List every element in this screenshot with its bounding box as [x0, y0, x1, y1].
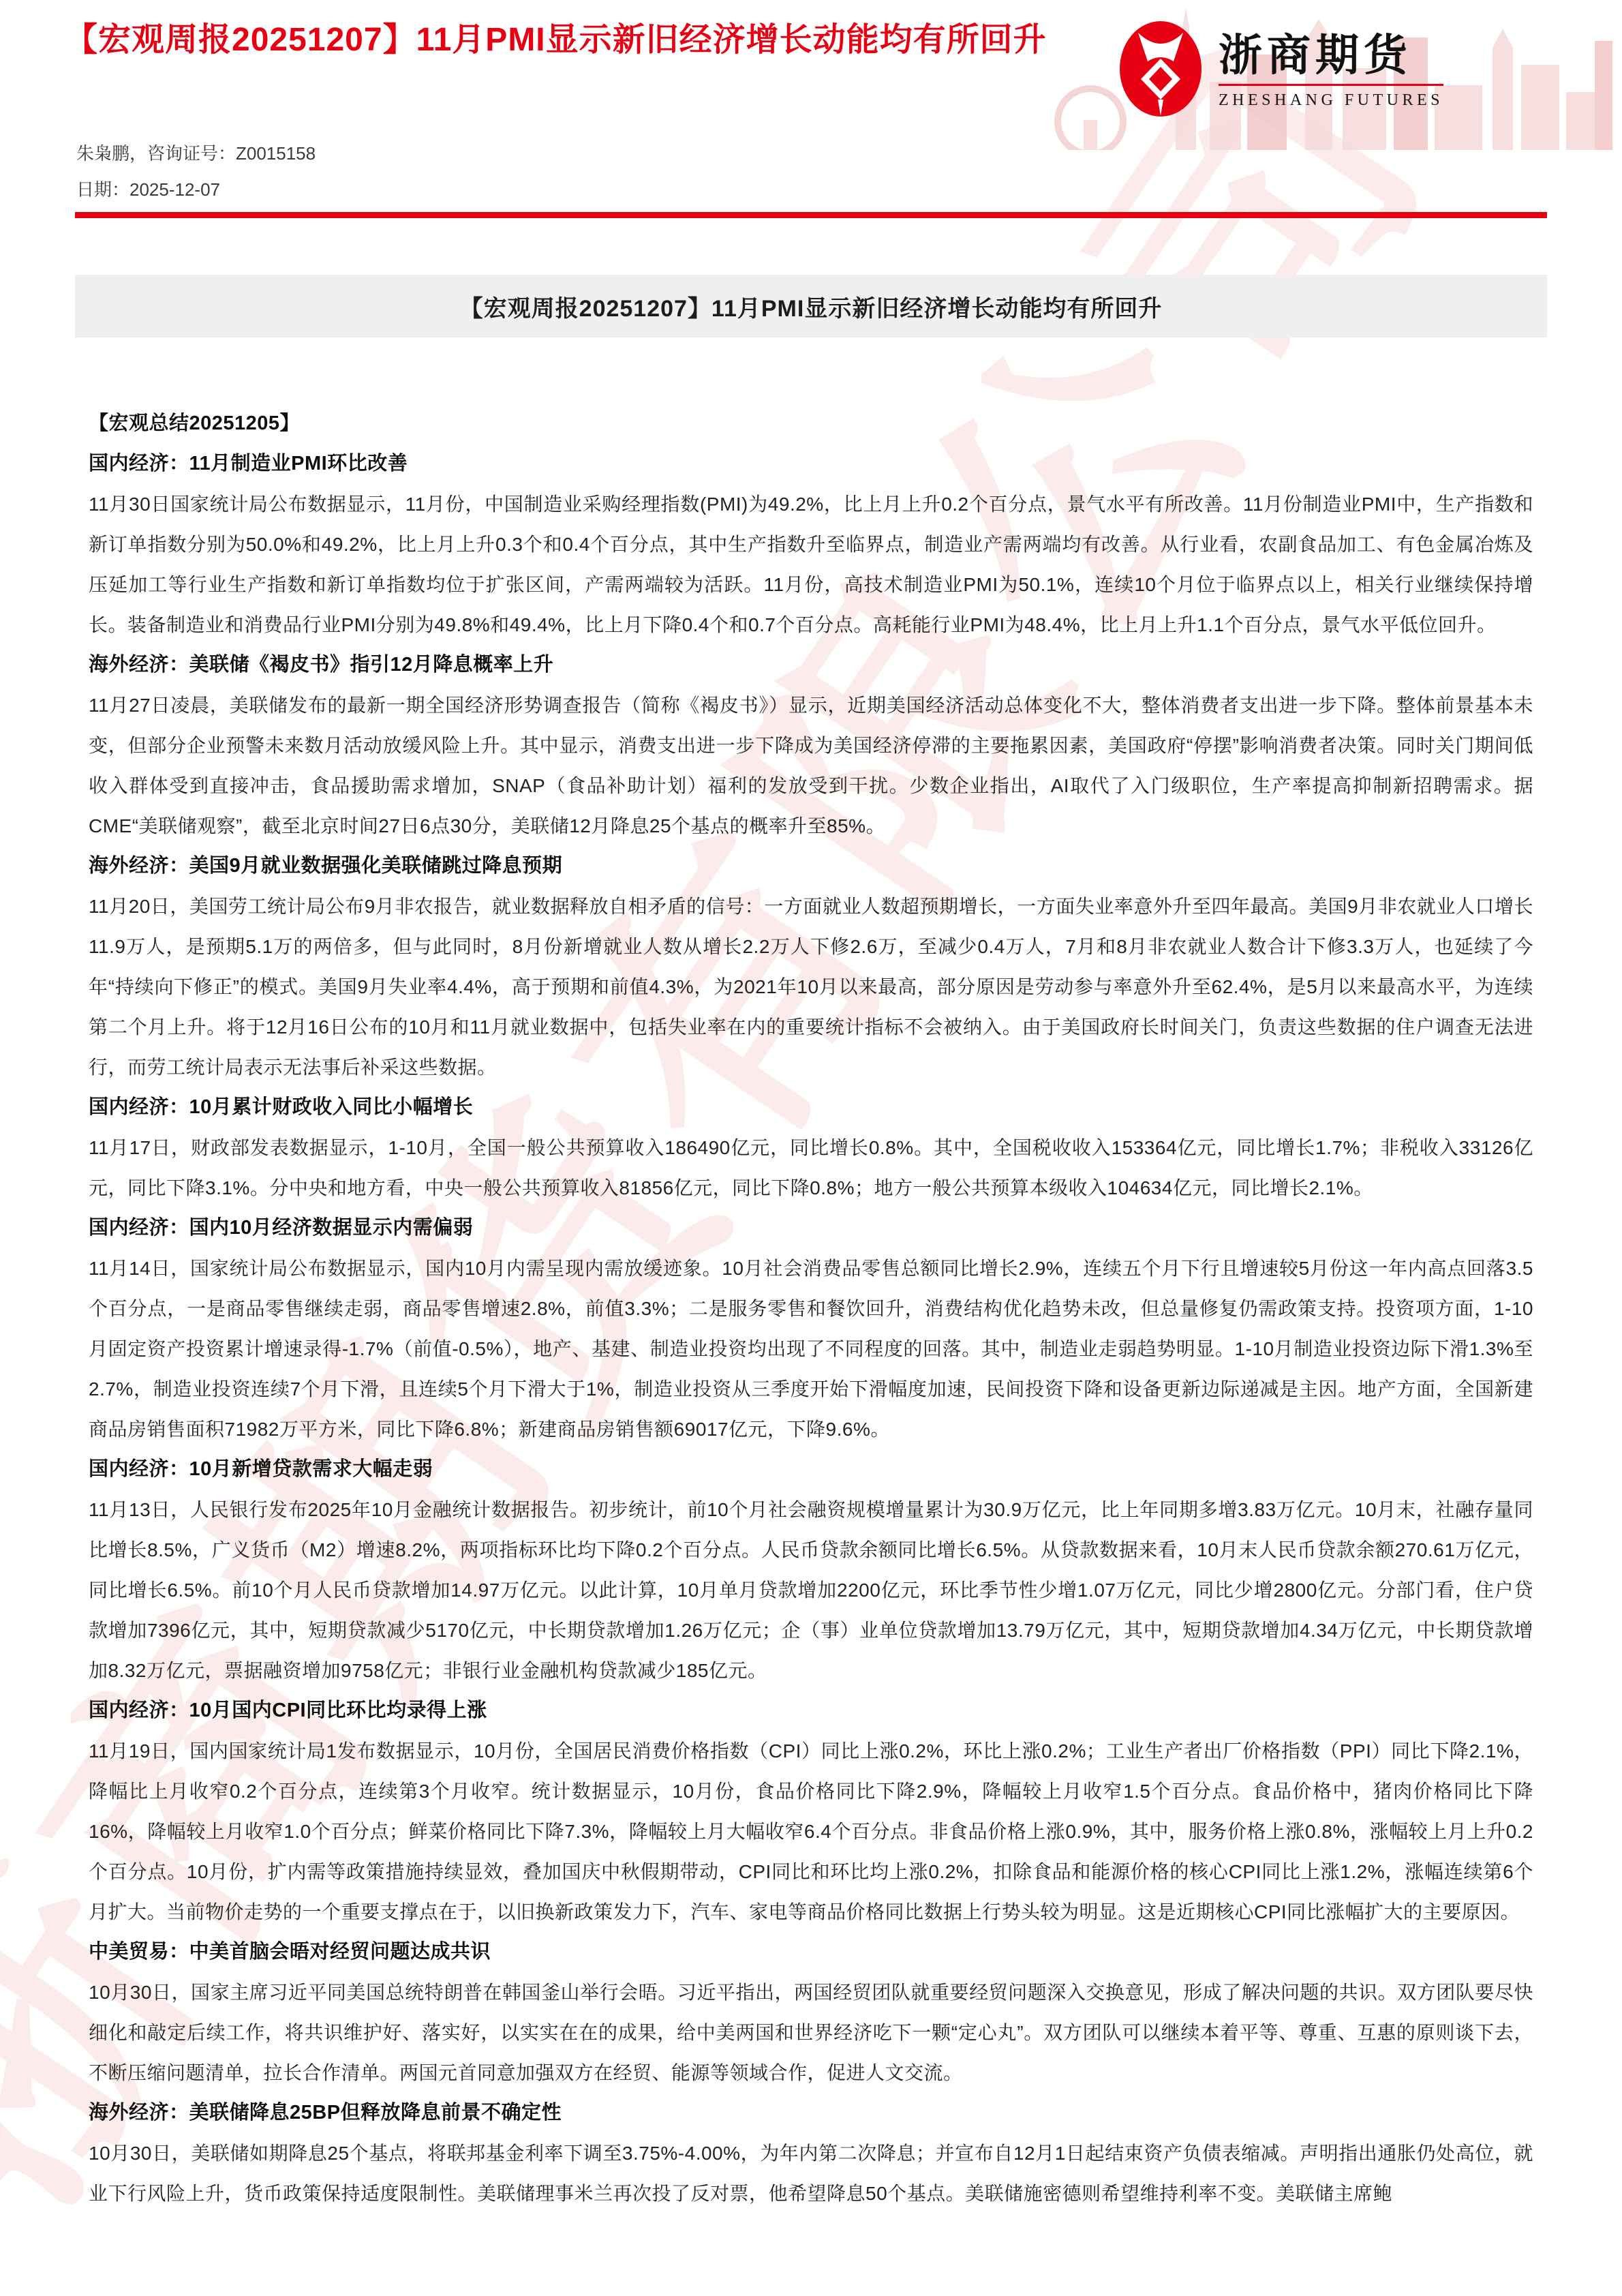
company-logo: 浙商期货 ZHESHANG FUTURES [1118, 19, 1443, 122]
date-line: 日期：2025-12-07 [76, 176, 220, 201]
summary-label: 【宏观总结20251205】 [89, 404, 1533, 444]
report-section: 海外经济：美联储《褐皮书》指引12月降息概率上升 11月27日凌晨，美联储发布的… [89, 645, 1533, 846]
section-heading: 中美贸易：中美首脑会晤对经贸问题达成共识 [89, 1932, 1533, 1972]
section-heading: 国内经济：10月新增贷款需求大幅走弱 [89, 1449, 1533, 1490]
zheshang-emblem-icon [1118, 19, 1204, 122]
report-title: 【宏观周报20251207】11月PMI显示新旧经济增长动能均有所回升 [65, 15, 1073, 65]
section-heading: 国内经济：10月累计财政收入同比小幅增长 [89, 1087, 1533, 1128]
report-section: 国内经济：10月国内CPI同比环比均录得上涨 11月19日，国内国家统计局1发布… [89, 1691, 1533, 1932]
section-paragraph: 11月30日国家统计局公布数据显示，11月份，中国制造业采购经理指数(PMI)为… [89, 484, 1533, 645]
section-heading: 国内经济：11月制造业PMI环比改善 [89, 444, 1533, 484]
banner-title: 【宏观周报20251207】11月PMI显示新旧经济增长动能均有所回升 [460, 290, 1163, 323]
section-paragraph: 11月27日凌晨，美联储发布的最新一期全国经济形势调查报告（简称《褐皮书》）显示… [89, 685, 1533, 846]
section-paragraph: 11月14日，国家统计局公布数据显示，国内10月内需呈现内需放缓迹象。10月社会… [89, 1248, 1533, 1449]
report-section: 国内经济：国内10月经济数据显示内需偏弱 11月14日，国家统计局公布数据显示，… [89, 1208, 1533, 1449]
section-heading: 海外经济：美联储降息25BP但释放降息前景不确定性 [89, 2093, 1533, 2133]
report-section: 国内经济：10月累计财政收入同比小幅增长 11月17日，财政部发表数据显示，1-… [89, 1087, 1533, 1208]
section-paragraph: 11月13日，人民银行发布2025年10月金融统计数据报告。初步统计，前10个月… [89, 1490, 1533, 1691]
logo-text-block: 浙商期货 ZHESHANG FUTURES [1219, 31, 1443, 110]
logo-en-name: ZHESHANG FUTURES [1219, 91, 1443, 110]
section-paragraph: 11月19日，国内国家统计局1发布数据显示，10月份，全国居民消费价格指数（CP… [89, 1731, 1533, 1932]
author-line: 朱枭鹏，咨询证号：Z0015158 [76, 140, 316, 165]
report-section: 海外经济：美联储降息25BP但释放降息前景不确定性 10月30日，美联储如期降息… [89, 2093, 1533, 2214]
report-section: 海外经济：美国9月就业数据强化美联储跳过降息预期 11月20日，美国劳工统计局公… [89, 846, 1533, 1087]
section-heading: 海外经济：美国9月就业数据强化美联储跳过降息预期 [89, 846, 1533, 886]
section-paragraph: 11月20日，美国劳工统计局公布9月非农报告，就业数据释放自相矛盾的信号：一方面… [89, 886, 1533, 1087]
banner: 【宏观周报20251207】11月PMI显示新旧经济增长动能均有所回升 [75, 275, 1547, 337]
report-section: 国内经济：10月新增贷款需求大幅走弱 11月13日，人民银行发布2025年10月… [89, 1449, 1533, 1691]
section-heading: 国内经济：10月国内CPI同比环比均录得上涨 [89, 1691, 1533, 1731]
section-heading: 国内经济：国内10月经济数据显示内需偏弱 [89, 1208, 1533, 1248]
report-section: 国内经济：11月制造业PMI环比改善 11月30日国家统计局公布数据显示，11月… [89, 444, 1533, 645]
section-paragraph: 10月30日，美联储如期降息25个基点，将联邦基金利率下调至3.75%-4.00… [89, 2133, 1533, 2214]
logo-divider [1219, 84, 1443, 86]
logo-cn-name: 浙商期货 [1219, 31, 1443, 79]
section-paragraph: 11月17日，财政部发表数据显示，1-10月，全国一般公共预算收入186490亿… [89, 1128, 1533, 1208]
report-body: 【宏观总结20251205】 国内经济：11月制造业PMI环比改善 11月30日… [89, 404, 1533, 2214]
section-paragraph: 10月30日，国家主席习近平同美国总统特朗普在韩国釜山举行会晤。习近平指出，两国… [89, 1972, 1533, 2093]
report-section: 中美贸易：中美首脑会晤对经贸问题达成共识 10月30日，国家主席习近平同美国总统… [89, 1932, 1533, 2093]
header-divider [75, 212, 1547, 218]
section-heading: 海外经济：美联储《褐皮书》指引12月降息概率上升 [89, 645, 1533, 685]
